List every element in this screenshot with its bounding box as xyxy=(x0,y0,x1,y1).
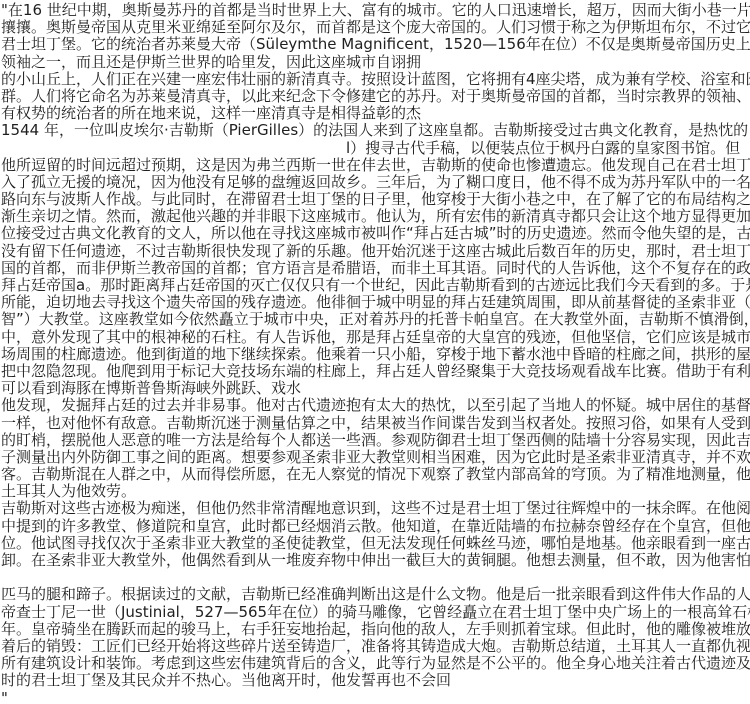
text-line: 有权势的统治者的所在地来说，这样一座清真寺是相得益彰的杰 xyxy=(0,105,750,122)
text-line: 1544 年，一位叫皮埃尔·吉勒斯（PierGilles）的法国人来到了这座皇都… xyxy=(0,122,750,139)
text-line: 位接受过古典文化教育的文人，所以他在寻找这座城市被叫作“拜占廷古城”时的历史遗迹… xyxy=(0,225,750,242)
text-line: 可以看到海豚在博斯普鲁斯海峡外跳跃、戏水 xyxy=(0,380,750,397)
text-line: l）搜寻古代手稿，以便装点位于枫丹白露的皇家图书馆。但 xyxy=(0,140,750,157)
text-line: 路向东与波斯人作战。与此同时，在滞留君士坦丁堡的日子里，他穿梭于大街小巷之中，在… xyxy=(0,191,750,208)
text-line: 帝查士丁尼一世（Justinial，527—565年在位）的骑马雕像，它曾经矗立… xyxy=(0,604,750,621)
text-line: 入了孤立无援的境况，因为他没有足够的盘缠返回故乡。三年后，为了糊口度日，他不得不… xyxy=(0,174,750,191)
text-line: 子测量出内外防御工事之间的距离。想要参观圣索非亚大教堂则相当困难，因为它此时是圣… xyxy=(0,449,750,466)
text-line: 所有建筑设计和装饰。考虑到这些宏伟建筑背后的含义，此等行为显然是不公平的。他全身… xyxy=(0,655,750,672)
text-line: 他所逗留的时间远超过预期，这是因为弗兰西斯一世在仹去世，吉勒斯的使命也惨遭遗忘。… xyxy=(0,157,750,174)
text-line: 中提到的许多教堂、修道院和皇宫，此时都已经烟消云散。他知道，在靠近陆墙的布拉赫奈… xyxy=(0,518,750,535)
text-line: 拜占廷帝国a。那时距离拜占廷帝国的灭亡仅仅只有一个世纪，因此吉勒斯看到的古迹远比… xyxy=(0,277,750,294)
text-line: 土耳其人为他效劳。 xyxy=(0,483,750,500)
text-line: 卸。在圣索非亚大教堂外，他偶然看到从一堆废弃物中伸出一截巨大的黄铜腿。他想去测量… xyxy=(0,552,750,569)
text-line: 的小山丘上，人们正在兴建一座宏伟壮丽的新清真寺。按照设计蓝图，它将拥有4座尖塔，… xyxy=(0,71,750,88)
text-line: 中，意外发现了其中的根神秘的石柱。有人告诉他，那是拜占廷皇帝的大皇宫的残迹，但他… xyxy=(0,329,750,346)
text-line: 吉勒斯对这些古迹极为痴迷，但他仍然非常清醒地意识到，这些不过是君士坦丁堡过往辉煌… xyxy=(0,500,750,517)
text-line: 所能，迫切地去寻找这个遗失帝国的残存遗迹。他徘徊于城中明显的拜占廷建筑周围，即从… xyxy=(0,294,750,311)
text-line: 攘攘。奥斯曼帝国从克里米亚绵延至阿尔及尔，而首都是这个庞大帝国的。人们习惯于称之… xyxy=(0,19,750,36)
text-line: 场周围的柱廊遗迹。他到街道的地下继续探索。他乘着一只小船，穿梭于地下蓄水池中昏暗… xyxy=(0,346,750,363)
text-line: 的盯梢，摆脱他人恶意的唯一方法是给每个人都送一些酒。参观防御君士坦丁堡西侧的陆墙… xyxy=(0,432,750,449)
text-line: 位。他试图寻找仅次于圣索非亚大教堂的圣使徒教堂，但无法发现任何蛛丝马迹，哪怕是地… xyxy=(0,535,750,552)
text-line: " xyxy=(0,690,750,704)
text-line: 着后的销毁：工匠们已经开始将这些碎片送至铸造厂，准备将其铸造成大炮。吉勒斯总结道… xyxy=(0,638,750,655)
text-line: 渐生亲切之情。然而，激起他兴趣的并非眼下这座城市。他认为，所有宏伟的新清真寺都只… xyxy=(0,208,750,225)
text-line: 一样，也对他怀有敌意。吉勒斯沉迷于测量估算之中，结果被当作间谍告发到当权者处。按… xyxy=(0,415,750,432)
blank-line xyxy=(0,569,750,586)
text-line: 把中忽隐忽现。他爬到用于标记大竞技场东端的柱廊上，拜占廷人曾经聚集于大竞技场观看… xyxy=(0,363,750,380)
text-line: 国的首都，而非伊斯兰教帝国的首都；官方语言是希腊语，而非土耳其语。同时代的人告诉… xyxy=(0,260,750,277)
text-line: 时的君士坦丁堡及其民众并不热心。当他离开时，他发誓再也不会回 xyxy=(0,672,750,689)
document-page: "在16 世纪中期，奥斯曼苏丹的首都是当时世界上大、富有的城市。它的人口迅速增长… xyxy=(0,0,750,704)
text-line: 群。人们将它命名为苏莱曼清真寺，以此来纪念下令修建它的苏丹。对于奥斯曼帝国的首都… xyxy=(0,88,750,105)
text-line: 没有留下任何遗迹，不过吉勒斯很快发现了新的乐趣。他开始沉迷于这座古城此后数百年的… xyxy=(0,243,750,260)
text-line: 匹马的腿和蹄子。根据读过的文献，吉勒斯已经准确判断出这是什么文物。他是后一批亲眼… xyxy=(0,586,750,603)
text-line: 客。吉勒斯混在人群之中，从而得偿所愿，在无人察觉的情况下观察了教堂内部高耸的穹顶… xyxy=(0,466,750,483)
text-line: 智”）大教堂。这座教堂如今依然矗立于城市中央，正对着苏丹的托普卡帕皇宫。在大教堂… xyxy=(0,311,750,328)
text-line: 年。皇帝骑坐在腾跃而起的骏马上，右手狂妄地抬起，指向他的敌人，左手则抓着宝球。但… xyxy=(0,621,750,638)
text-line: 领袖之一，而且还是伊斯兰世界的哈里发，因此这座城市自诩拥 xyxy=(0,54,750,71)
text-line: 他发现，发掘拜占廷的过去并非易事。他对古代遗迹抱有太大的热忱，以至引起了当地人的… xyxy=(0,397,750,414)
text-line: "在16 世纪中期，奥斯曼苏丹的首都是当时世界上大、富有的城市。它的人口迅速增长… xyxy=(0,2,750,19)
text-line: 君士坦丁堡。它的统治者苏莱曼大帝（Süleymthe Magnificent，1… xyxy=(0,36,750,53)
